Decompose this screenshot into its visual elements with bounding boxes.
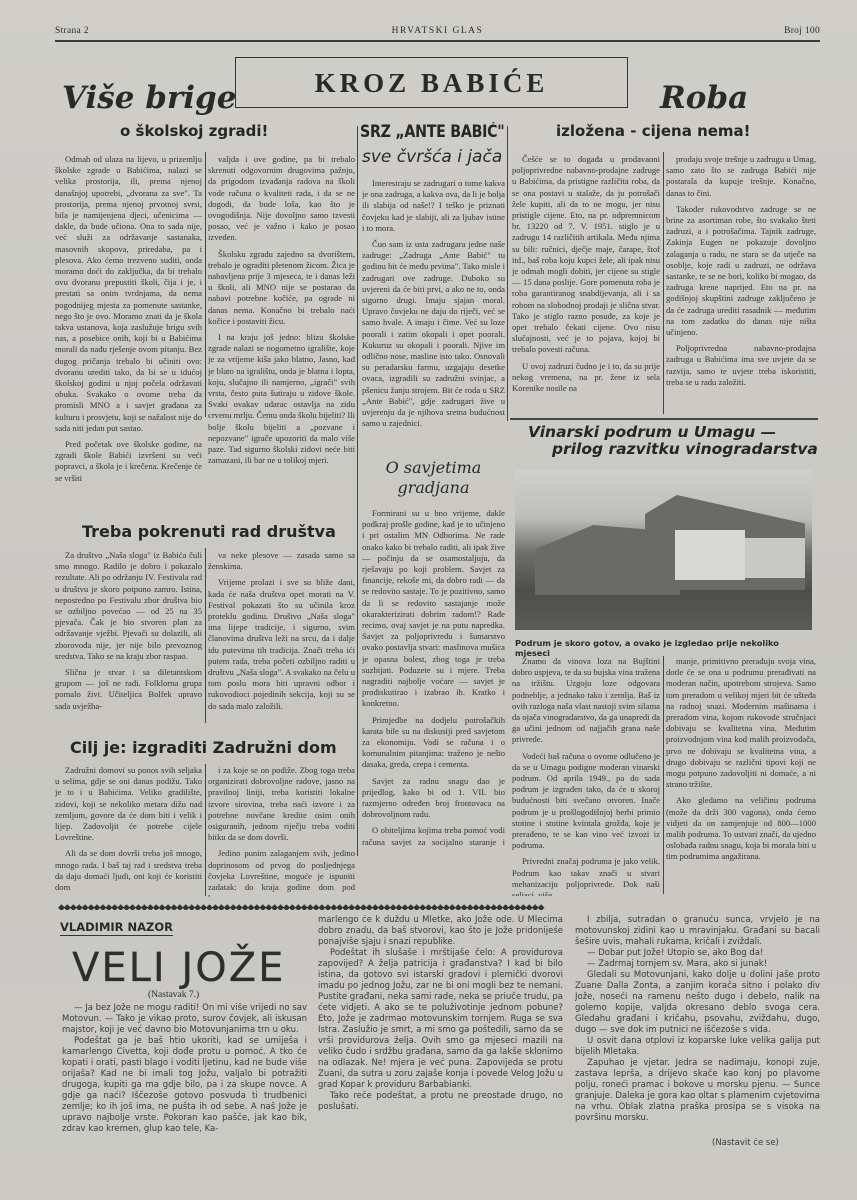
newspaper-name: HRVATSKI GLAS: [55, 26, 820, 36]
headline-drustvo: Treba pokrenuti rad društva: [82, 522, 336, 541]
column-divider: [205, 152, 206, 417]
installment-label: (Nastavak 7.): [148, 990, 199, 1000]
column-divider: [357, 126, 358, 856]
header-rule: [55, 40, 820, 42]
section-rule: [510, 418, 818, 420]
photo-caption: Podrum je skoro gotov, a ovako je izgled…: [515, 638, 815, 658]
article-drustvo-col2: va neke plesove — zasada samo sa ženskim…: [208, 550, 355, 725]
newspaper-page: Strana 2 HRVATSKI GLAS Broj 100 KROZ BAB…: [0, 0, 857, 1200]
headline-srz: SRZ „ANTE BABIĆ": [360, 122, 504, 141]
photo-building-wall: [745, 538, 805, 578]
novel-col2: marlengo će k duždu u Mletke, ako Jože o…: [318, 915, 563, 1155]
column-divider: [205, 764, 206, 896]
article-roba-col1: Češće se to događa u prodavaoni poljopri…: [512, 154, 660, 416]
cellar-photo: [515, 470, 812, 630]
column-divider: [507, 126, 508, 421]
headline-roba-script: Roba: [660, 80, 748, 116]
novel-title: VELI JOŽE: [72, 945, 285, 991]
novel-col3: I zbilja, sutradan o granuću sunca, vrvj…: [575, 915, 820, 1130]
article-podrum-col1: Znamo da vinova loza na Bujštini dobro u…: [512, 656, 660, 896]
column-divider: [205, 548, 206, 723]
article-skola-col1: Odmah od ulaza na lijevo, u prizemlju šk…: [55, 154, 202, 489]
ornamental-separator: ◆◆◆◆◆◆◆◆◆◆◆◆◆◆◆◆◆◆◆◆◆◆◆◆◆◆◆◆◆◆◆◆◆◆◆◆◆◆◆◆…: [58, 904, 818, 910]
author-name: VLADIMIR NAZOR: [60, 920, 173, 936]
column-divider: [663, 656, 664, 894]
issue-number: Broj 100: [784, 26, 820, 36]
headline-skola-script: Više brige: [62, 80, 236, 116]
headline-roba-sub: izložena - cijena nema!: [556, 122, 751, 140]
headline-podrum: Vinarski podrum u Umagu — prilog razvitk…: [528, 424, 818, 458]
article-srz-body: Interesiraju se zadrugari o tome kakva j…: [362, 178, 505, 448]
continued-note: (Nastavit će se): [712, 1138, 822, 1149]
article-dom-col2: i za koje se on podiže. Zbog toga treba …: [208, 765, 355, 897]
article-roba-col2: prodaju svoje trešnje u zadrugu u Umag, …: [666, 154, 816, 416]
headline-savjeti: O savjetima gradjana: [362, 458, 505, 498]
article-dom-col1: Zadružni domovi su ponos svih seljaka u …: [55, 765, 202, 897]
headline-skola-sub: o školskoj zgradi!: [120, 122, 268, 140]
headline-srz-sub: sve čvršća i jača: [362, 147, 502, 167]
article-skola-col2: valjda i ove godine, pa bi trebalo skren…: [208, 154, 355, 489]
article-savjeti-body: Formirani su u bno vrijeme, dakle podkra…: [362, 508, 505, 850]
column-divider: [663, 152, 664, 414]
section-title: KROZ BABIĆE: [235, 68, 628, 99]
headline-dom: Cilj je: izgraditi Zadružni dom: [70, 738, 337, 757]
novel-col1: — Ja bez Jože ne mogu raditi! On mi više…: [62, 1003, 307, 1138]
article-drustvo-col1: Za društvo „Naša sloga" iz Babića čuli s…: [55, 550, 202, 725]
running-head: Strana 2 HRVATSKI GLAS Broj 100: [55, 26, 820, 40]
article-podrum-col2: manje, primitivno prerađuju svoja vina, …: [666, 656, 816, 896]
photo-building-wall: [675, 530, 745, 580]
